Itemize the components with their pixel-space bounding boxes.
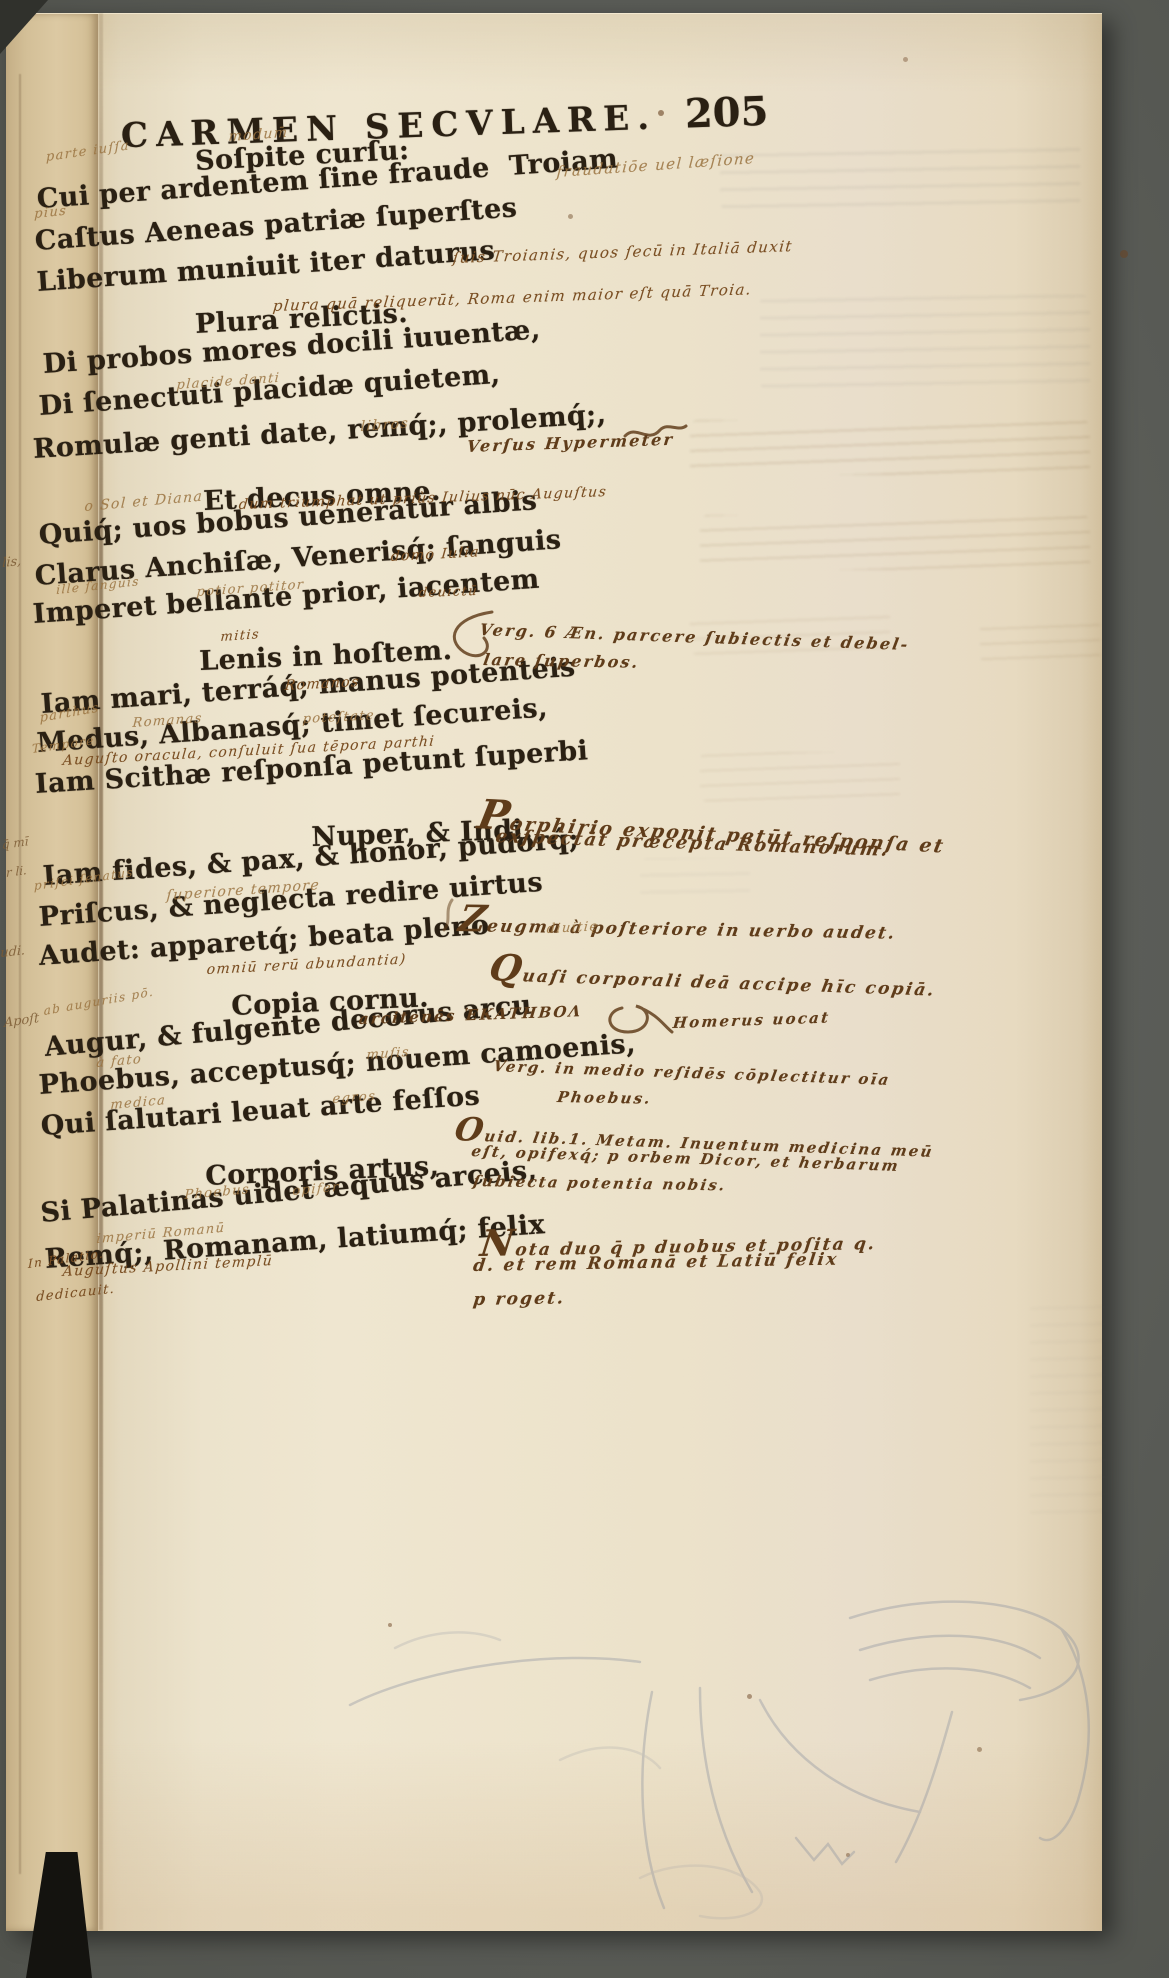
handwritten-note: parte iuſſa: [46, 138, 130, 165]
handwritten-note: Zeugma à poſteriore in uerbo audet.: [456, 897, 901, 948]
handwritten-note: ab auguriis pō.: [44, 984, 155, 1018]
edge-fragment: r li.: [6, 863, 27, 880]
handwritten-note: Homerus uocat: [672, 1008, 831, 1032]
handwritten-note: diuitię: [546, 919, 599, 937]
handwritten-note: pius: [34, 203, 67, 222]
handwritten-note: dedicauit.: [36, 1282, 116, 1305]
edge-fragment: udi.: [0, 943, 25, 961]
handwritten-note: ſubiecta potentia nobis.: [472, 1172, 728, 1194]
book-page-scan: CARMEN SECVLARE.205 Soſpite curſu:Cui pe…: [0, 0, 1169, 1978]
handwritten-note: deuictū: [418, 584, 479, 601]
handwritten-note: plura quā reliquerūt, Roma enim maior eſ…: [272, 280, 753, 315]
handwritten-note: p roget.: [472, 1288, 567, 1310]
handwritten-note: Verg. in medio reſidēs cōplectitur oīa: [492, 1057, 892, 1089]
handwritten-note: muſis: [366, 1045, 410, 1063]
handwritten-note: mitis: [220, 627, 261, 645]
handwritten-note: domo Iulia: [390, 544, 481, 565]
handwritten-note: egros: [332, 1089, 377, 1107]
edge-fragment: q̄ mī: [2, 834, 28, 852]
handwritten-note: Phoebus.: [556, 1088, 653, 1108]
edge-fragment: lis,: [2, 554, 22, 571]
text-layer: Soſpite curſu:Cui per ardentem ſine frau…: [0, 0, 1169, 1978]
handwritten-note: ſuis Troianis, quos ſecū in Italiā duxit: [452, 237, 794, 267]
handwritten-note: Verg. 6 Æn. parcere ſubiectis et debel-: [478, 620, 911, 654]
handwritten-note: lare ſuperbos.: [482, 650, 641, 672]
handwritten-note: Quaſi corporali deā accipe hīc copiā.: [486, 946, 941, 1004]
edge-fragment: Apoſt: [4, 1011, 39, 1031]
